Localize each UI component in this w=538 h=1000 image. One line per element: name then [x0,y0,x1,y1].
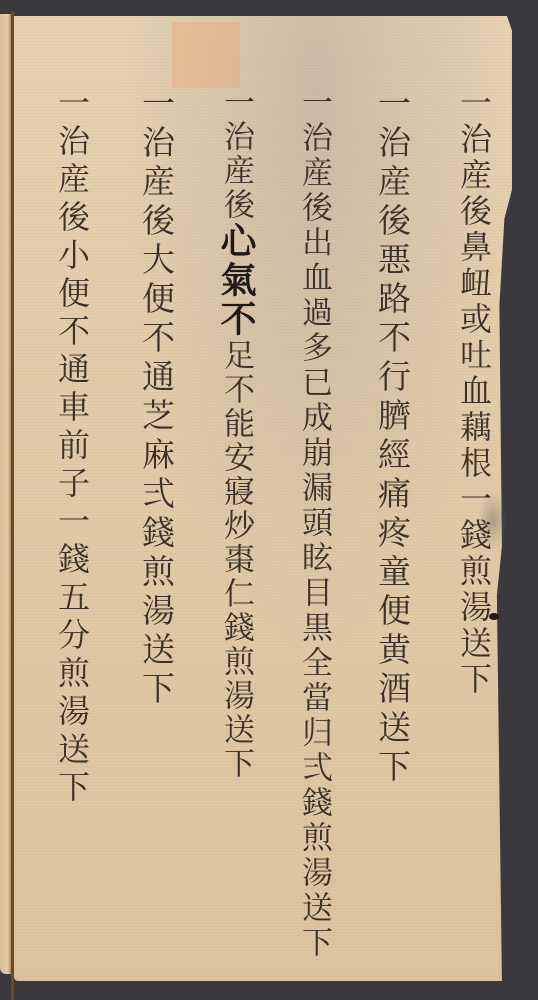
end-punctuation-dot [489,613,499,620]
text-column-6: 一治産後小便不通車前子一錢五分煎湯送下 [56,86,88,808]
text-column-4: 一治産後心氣不足不能安寢炒棗仁錢煎湯送下 [218,86,254,781]
text-column-2: 一治産後悪路不行臍經痛疼童便黄酒送下 [376,86,409,788]
column-4-suffix: 足不能安寢炒棗仁錢煎湯送下 [218,339,254,781]
column-4-prefix: 一治産後 [218,86,254,222]
text-column-3: 一治産後出血過多已成崩漏頭眩目黒全當归弍錢煎湯送下 [298,86,329,961]
text-column-5: 一治産後大便不通芝麻弍錢煎湯送下 [140,86,173,710]
book-spine-line [11,12,14,1000]
left-facing-leaf [0,14,11,974]
seal-stamp [172,22,240,88]
text-column-1: 一治産後鼻衄或吐血藕根一錢煎湯送下 [458,86,490,698]
column-4-emphasized-correction: 心氣不 [215,222,257,339]
